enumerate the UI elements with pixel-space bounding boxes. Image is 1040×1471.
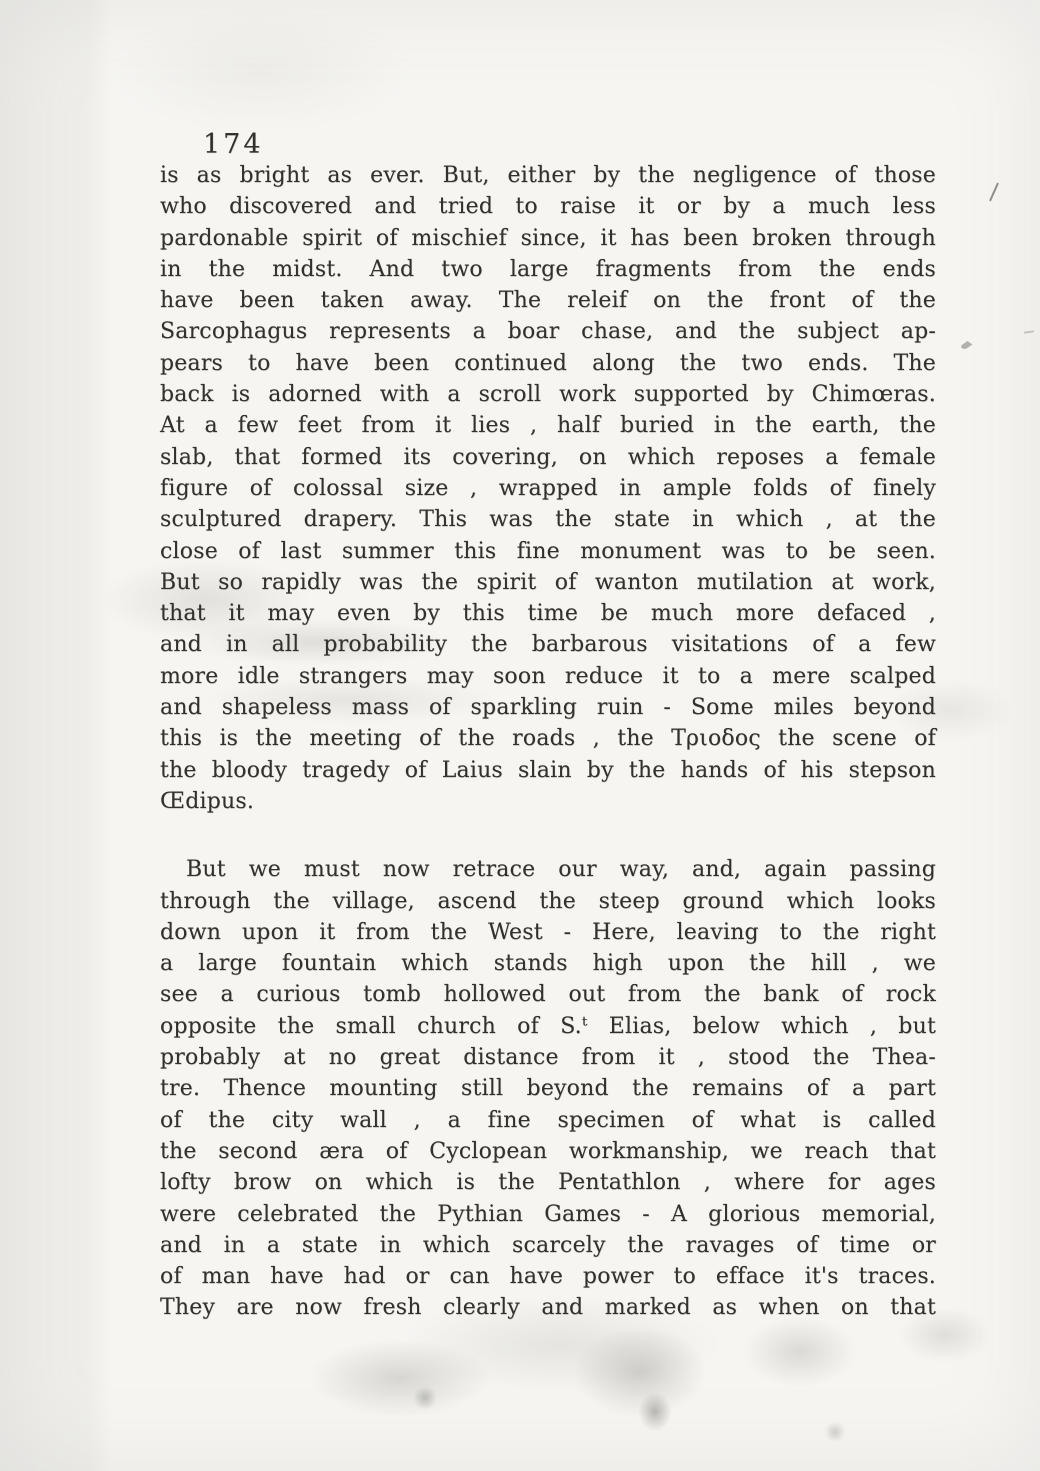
text-line: But we must now retrace our way, and, ag… — [160, 854, 936, 885]
text-line: lofty brow on which is the Pentathlon , … — [160, 1167, 936, 1198]
text-line: see a curious tomb hollowed out from the… — [160, 979, 936, 1010]
scan-artifact-stroke — [989, 182, 999, 201]
text-line: At a few feet from it lies , half buried… — [160, 410, 936, 441]
text-line: who discovered and tried to raise it or … — [160, 191, 936, 222]
scan-artifact-dash — [1024, 330, 1034, 333]
text-line: of the city wall , a fine specimen of wh… — [160, 1105, 936, 1136]
scanned-book-page: 174 is as bright as ever. But, either by… — [0, 0, 1040, 1471]
text-line: opposite the small church of S.ᵗ Elias, … — [160, 1011, 936, 1042]
text-line: sculptured drapery. This was the state i… — [160, 504, 936, 535]
paragraph-1: is as bright as ever. But, either by the… — [160, 160, 936, 817]
text-line: back is adorned with a scroll work suppo… — [160, 379, 936, 410]
scan-artifact-tick — [960, 341, 973, 350]
text-line: pears to have been continued along the t… — [160, 348, 936, 379]
text-line: figure of colossal size , wrapped in amp… — [160, 473, 936, 504]
text-line: Œdipus. — [160, 786, 936, 817]
text-line: probably at no great distance from it , … — [160, 1042, 936, 1073]
text-line: They are now fresh clearly and marked as… — [160, 1292, 936, 1323]
text-line: pardonable spirit of mischief since, it … — [160, 223, 936, 254]
text-line: and in all probability the barbarous vis… — [160, 629, 936, 660]
text-line: slab, that formed its covering, on which… — [160, 442, 936, 473]
text-block: is as bright as ever. But, either by the… — [160, 160, 936, 1324]
text-line: have been taken away. The releif on the … — [160, 285, 936, 316]
text-line: this is the meeting of the roads , the Τ… — [160, 723, 936, 754]
text-line: were celebrated the Pythian Games - A gl… — [160, 1199, 936, 1230]
page-number: 174 — [203, 129, 264, 160]
text-line: is as bright as ever. But, either by the… — [160, 160, 936, 191]
text-line: the second æra of Cyclopean workmanship,… — [160, 1136, 936, 1167]
text-line: close of last summer this fine monument … — [160, 536, 936, 567]
text-line: tre. Thence mounting still beyond the re… — [160, 1073, 936, 1104]
text-line: and in a state in which scarcely the rav… — [160, 1230, 936, 1261]
paragraph-2: But we must now retrace our way, and, ag… — [160, 854, 936, 1323]
text-line: down upon it from the West - Here, leavi… — [160, 917, 936, 948]
text-line: that it may even by this time be much mo… — [160, 598, 936, 629]
text-line: more idle strangers may soon reduce it t… — [160, 661, 936, 692]
text-line: a large fountain which stands high upon … — [160, 948, 936, 979]
text-line: Sarcophagus represents a boar chase, and… — [160, 316, 936, 347]
text-line: the bloody tragedy of Laius slain by the… — [160, 755, 936, 786]
text-line: in the midst. And two large fragments fr… — [160, 254, 936, 285]
text-line: through the village, ascend the steep gr… — [160, 886, 936, 917]
text-line: and shapeless mass of sparkling ruin - S… — [160, 692, 936, 723]
text-line: of man have had or can have power to eff… — [160, 1261, 936, 1292]
text-line: But so rapidly was the spirit of wanton … — [160, 567, 936, 598]
